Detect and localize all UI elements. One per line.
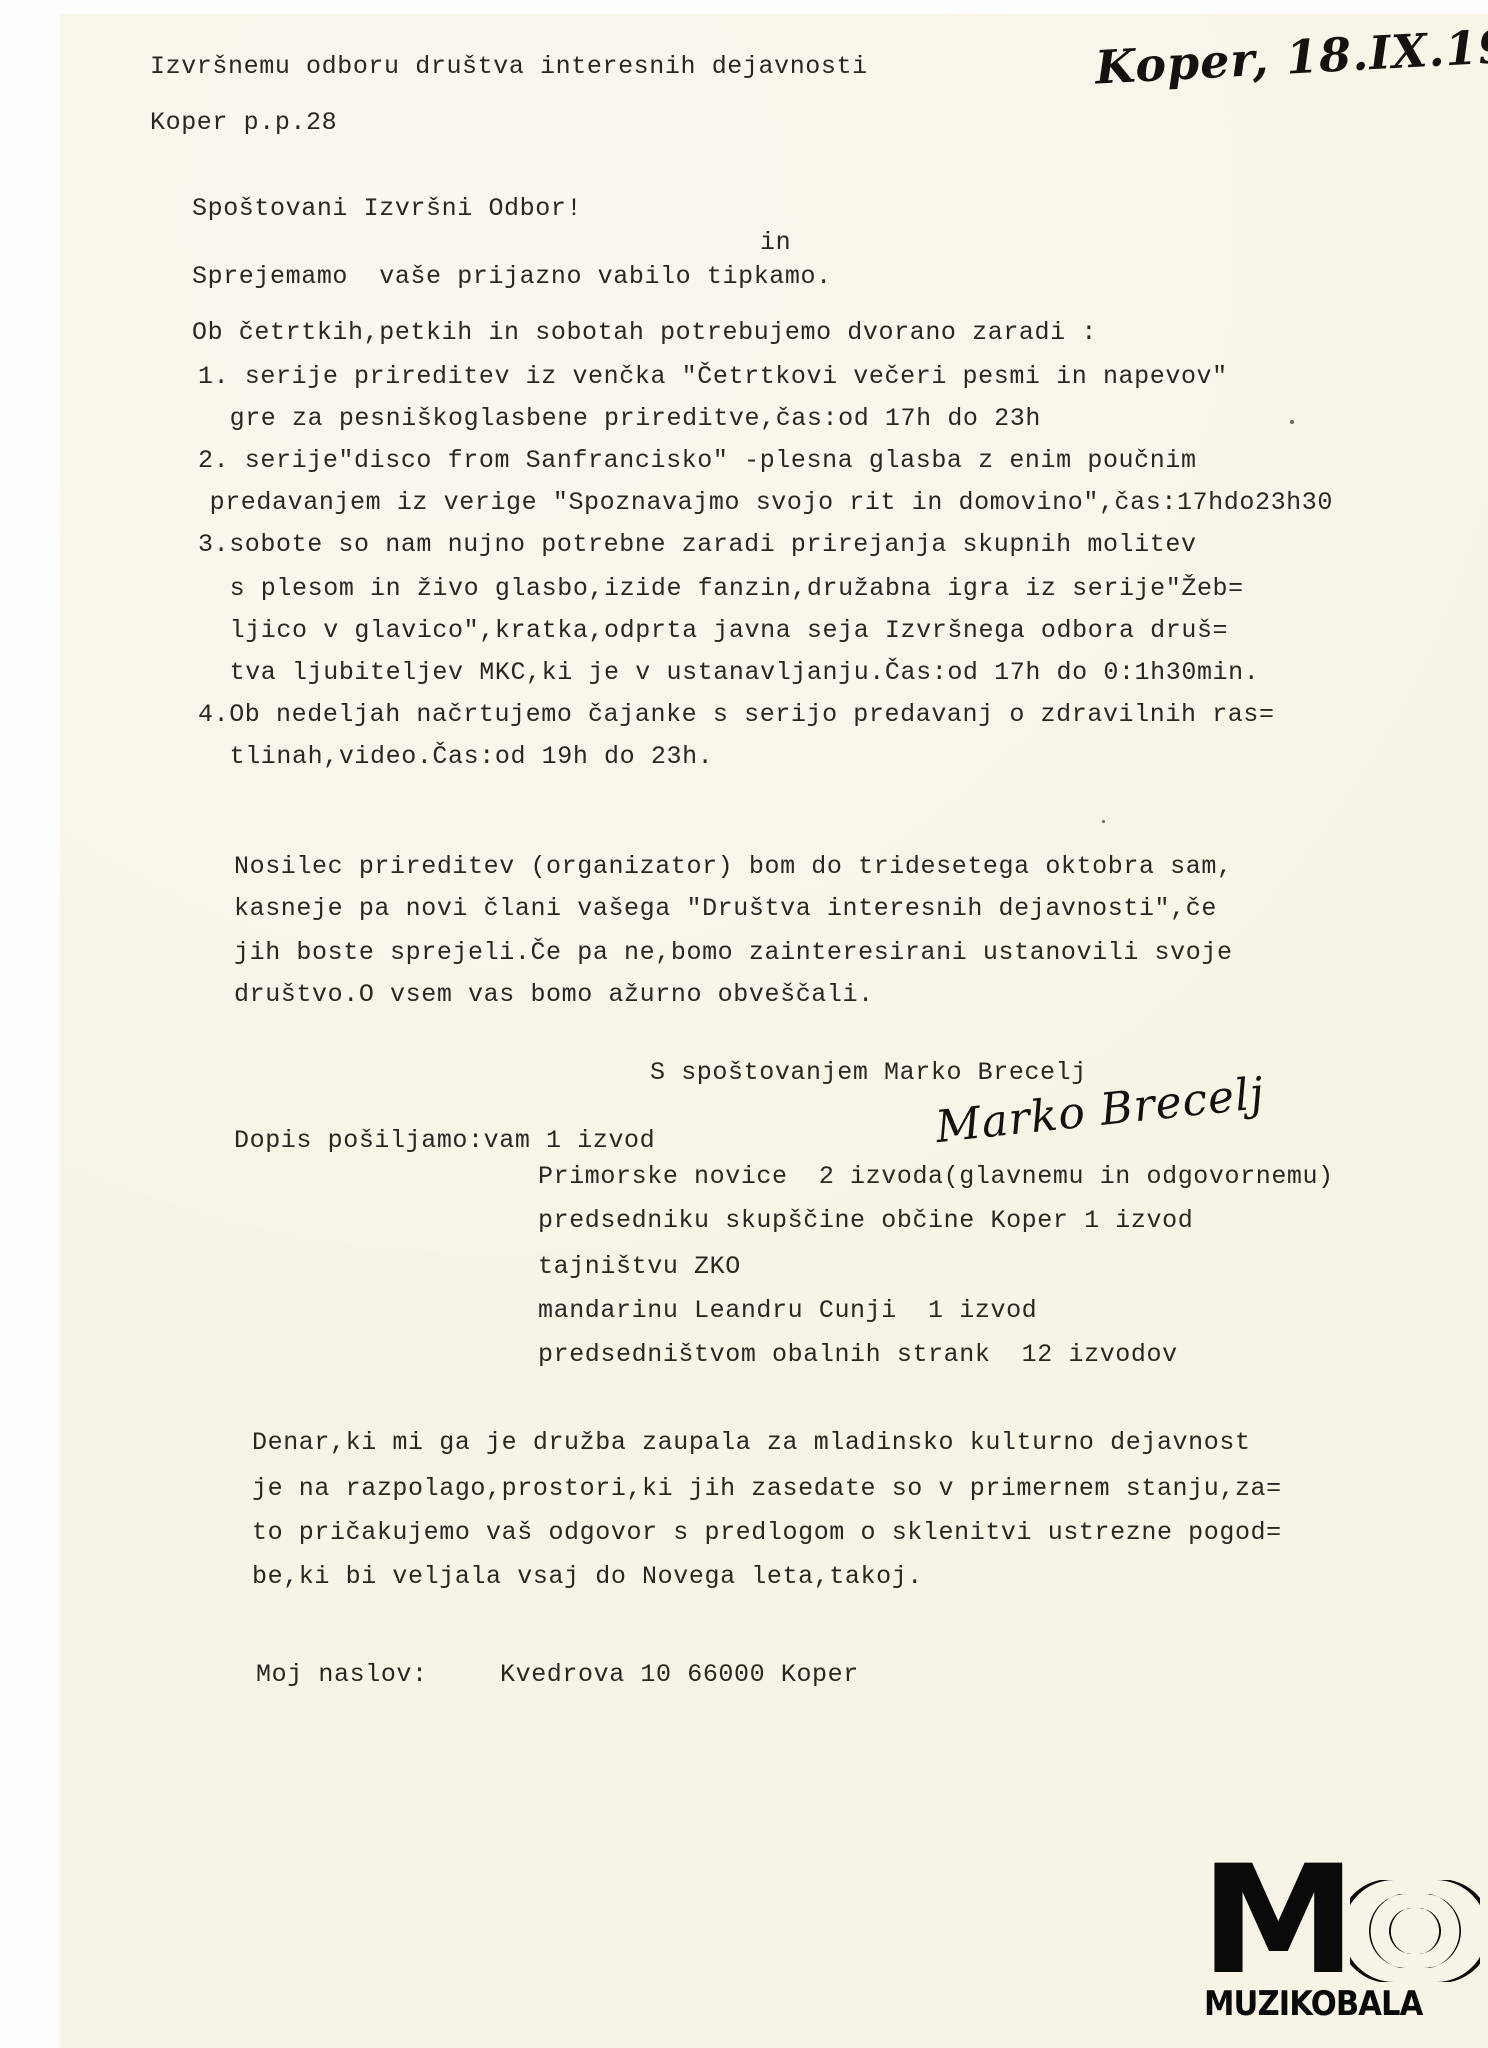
item-2-line-1: 2. serije"disco from Sanfrancisko" -ples… (198, 446, 1197, 476)
item-4-line-1: 4.Ob nedeljah načrtujemo čajanke s serij… (198, 700, 1275, 730)
distribution-recipient: tajništvu ZKO (538, 1252, 741, 1282)
item-3-line-3: ljico v glavico",kratka,odprta javna sej… (214, 616, 1228, 646)
typed-insertion: in (760, 228, 791, 258)
address-label: Moj naslov: (256, 1660, 428, 1690)
logo-letter: M (1200, 1846, 1357, 1996)
money-line-4: be,ki bi veljala vsaj do Novega leta,tak… (252, 1562, 923, 1592)
distribution-recipient: mandarinu Leandru Cunji 1 izvod (538, 1296, 1037, 1326)
organizer-line-3: jih boste sprejeli.Če pa ne,bomo zainter… (234, 938, 1233, 968)
salutation: Spoštovani Izvršni Odbor! (192, 194, 582, 224)
organizer-line-2: kasneje pa novi člani vašega "Društva in… (234, 894, 1217, 924)
money-line-3: to pričakujemo vaš odgovor s predlogom o… (252, 1518, 1282, 1548)
intro-line: Ob četrtkih,petkih in sobotah potrebujem… (192, 318, 1097, 348)
distribution-recipient: Primorske novice 2 izvoda(glavnemu in od… (538, 1162, 1334, 1192)
address-value: Kvedrova 10 66000 Koper (500, 1660, 859, 1690)
ink-speck (1102, 820, 1105, 823)
closing-line: S spoštovanjem Marko Brecelj (650, 1058, 1087, 1088)
money-line-1: Denar,ki mi ga je družba zaupala za mlad… (252, 1428, 1251, 1458)
recipient-line-2: Koper p.p.28 (150, 108, 337, 138)
item-1-line-2: gre za pesniškoglasbene prireditve,čas:o… (214, 404, 1041, 434)
ink-speck (1290, 420, 1294, 424)
distribution-recipient: predsedništvom obalnih strank 12 izvodov (538, 1340, 1178, 1370)
distribution-lead: Dopis pošiljamo:vam 1 izvod (234, 1126, 655, 1156)
acceptance-line: Sprejemamo vaše prijazno vabilo tipkamo. (192, 262, 832, 292)
logo-brand-name: MUZIKOBALA (1204, 1984, 1422, 2024)
organizer-line-1: Nosilec prireditev (organizator) bom do … (234, 852, 1233, 882)
item-1-line-1: 1. serije prireditev iz venčka "Četrtkov… (198, 362, 1228, 392)
item-3-line-1: 3.sobote so nam nujno potrebne zaradi pr… (198, 530, 1197, 560)
item-3-line-4: tva ljubiteljev MKC,ki je v ustanavljanj… (214, 658, 1259, 688)
distribution-recipient: predsedniku skupščine občine Koper 1 izv… (538, 1206, 1193, 1236)
recipient-line-1: Izvršnemu odboru društva interesnih deja… (150, 52, 868, 82)
organizer-line-4: društvo.O vsem vas bomo ažurno obveščali… (234, 980, 874, 1010)
item-3-line-2: s plesom in živo glasbo,izide fanzin,dru… (214, 574, 1244, 604)
money-line-2: je na razpolago,prostori,ki jih zasedate… (252, 1474, 1282, 1504)
item-4-line-2: tlinah,video.Čas:od 19h do 23h. (214, 742, 713, 772)
muzikobala-logo: M MUZIKOBALA (1200, 1872, 1480, 2032)
sound-waves-icon (1350, 1876, 1480, 1986)
item-2-line-2: predavanjem iz verige "Spoznavajmo svojo… (194, 488, 1333, 518)
